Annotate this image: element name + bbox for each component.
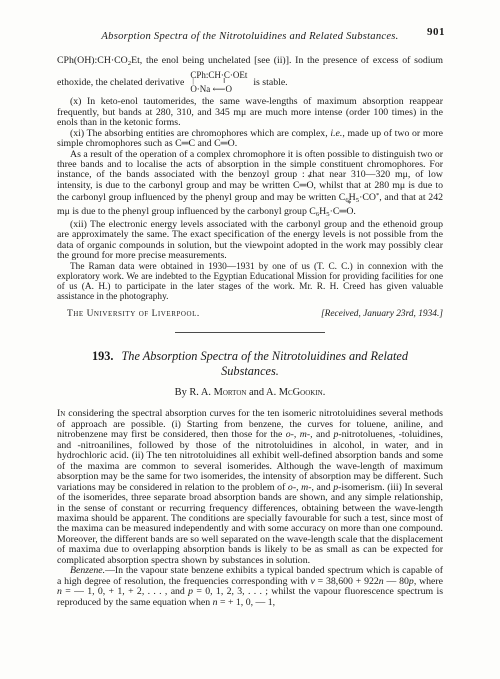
article-title-text: The Absorption Spectra of the Nitrotolui… <box>121 349 408 378</box>
intro-text-before-formula: ethoxide, the chelated derivative <box>57 78 184 88</box>
article-number: 193. <box>92 349 114 363</box>
article-title: 193.The Absorption Spectra of the Nitrot… <box>63 349 437 378</box>
byline: By R. A. Morton and A. McGookin. <box>57 387 443 398</box>
page-number: 901 <box>427 26 445 38</box>
double-bond-glyph: ‖ <box>223 79 225 84</box>
paragraph-main: In considering the spectral absorption c… <box>57 409 443 566</box>
single-bond-glyph: | <box>192 79 193 84</box>
chemical-structure-top: CPh:CH·C·OEt <box>190 71 247 80</box>
journal-page: Absorption Spectra of the Nitrotoluidine… <box>0 0 500 679</box>
running-head-title: Absorption Spectra of the Nitrotoluidine… <box>101 31 398 42</box>
paragraph-benzene: Benzene.—In the vapour state benzene exh… <box>57 566 443 608</box>
article-start-section: In considering the spectral absorption c… <box>57 409 443 608</box>
article-end-section: CPh(OH):CH·CO2Et, the enol being unchela… <box>57 56 443 319</box>
chemical-structure-bonds: | ‖ <box>190 80 247 85</box>
paragraph-intro-line2: ethoxide, the chelated derivative CPh:CH… <box>57 69 443 96</box>
paragraph-raman-acknowledgement: The Raman data were obtained in 1930—193… <box>57 262 443 302</box>
paragraph-xii: (xii) The electronic energy levels assoc… <box>57 220 443 262</box>
paragraph-intro-line1: CPh(OH):CH·CO2Et, the enol being unchela… <box>57 56 443 69</box>
signoff-row: The University of Liverpool. [Received, … <box>57 309 443 319</box>
running-head: Absorption Spectra of the Nitrotoluidine… <box>57 26 443 44</box>
intro-text-after-formula: is stable. <box>253 78 287 88</box>
chemical-structure: CPh:CH·C·OEt | ‖ O·Na ⟵O <box>190 71 247 94</box>
section-divider <box>175 332 325 333</box>
paragraph-complex-chromophore: As a result of the operation of a comple… <box>57 150 443 220</box>
paragraph-x: (x) In keto-enol tautomerides, the same … <box>57 97 443 128</box>
received-date: [Received, January 23rd, 1934.] <box>321 309 443 319</box>
paragraph-xi: (xi) The absorbing entities are chromoph… <box>57 129 443 150</box>
affiliation: The University of Liverpool. <box>57 309 200 319</box>
chemical-structure-bottom: O·Na ⟵O <box>190 85 232 94</box>
